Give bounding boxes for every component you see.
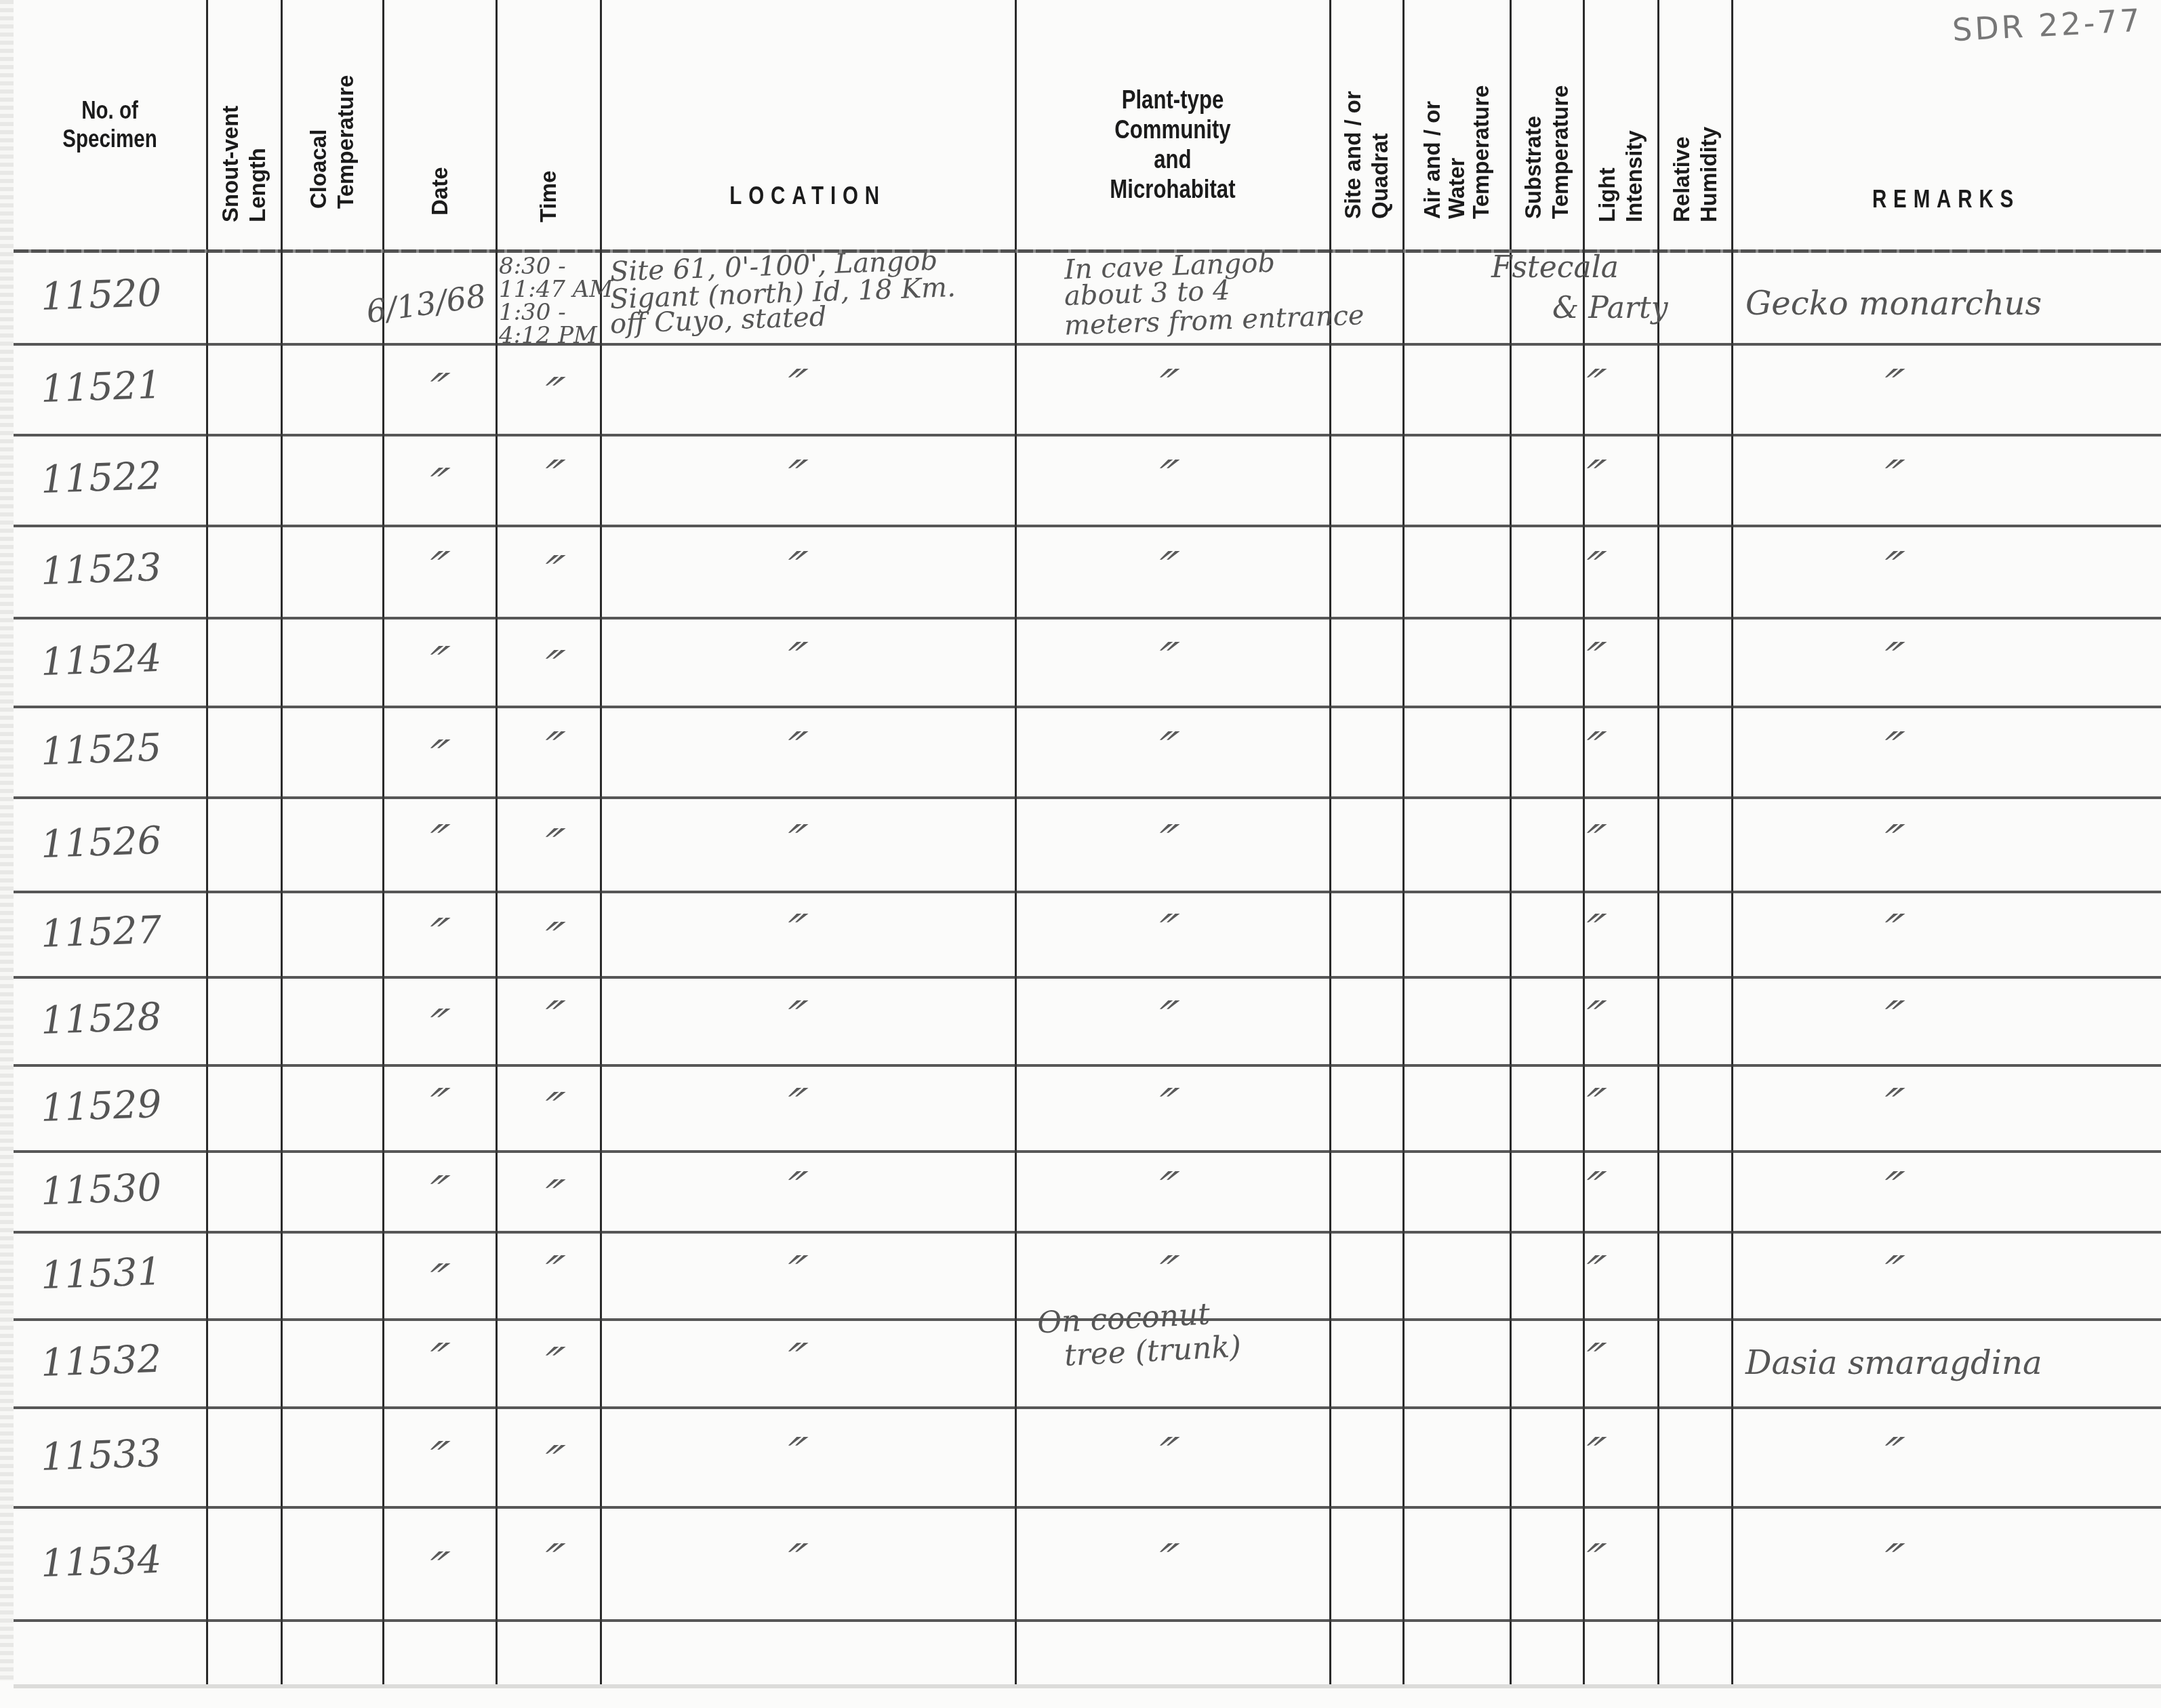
row-divider	[14, 891, 2161, 893]
time-value: 8:30 -	[499, 255, 566, 278]
light-ditto-mark: ″	[1575, 450, 1611, 506]
specimen-number: 11520	[40, 271, 162, 319]
header-date: Date	[383, 0, 496, 249]
header-label: Intensity	[1621, 130, 1648, 222]
header-label: Light	[1594, 130, 1621, 222]
specimen-number: 11521	[40, 363, 162, 411]
header-location: LOCATION	[601, 0, 1015, 249]
microhabitat-ditto-mark: ″	[1148, 815, 1184, 870]
specimen-number: 11529	[40, 1082, 162, 1130]
remarks-ditto-mark: ″	[1873, 1534, 1909, 1589]
date-ditto-mark: ″	[418, 815, 453, 870]
header-label: Water	[1445, 85, 1469, 219]
header-label: Humidity	[1695, 127, 1722, 222]
microhabitat-value: On coconut	[1036, 1301, 1211, 1336]
location-ditto-mark: ″	[776, 904, 812, 960]
header-label: REMARKS	[1872, 185, 2020, 213]
specimen-number: 11523	[40, 546, 162, 594]
specimen-number: 11522	[40, 454, 162, 502]
data-sheet: SDR 22-77 No. of Specimen Snout-vent Len…	[0, 0, 2161, 1708]
header-light-intensity: Light Intensity	[1583, 0, 1658, 249]
light-ditto-mark: ″	[1575, 722, 1611, 777]
location-ditto-mark: ″	[776, 450, 812, 506]
specimen-number: 11533	[40, 1431, 162, 1479]
header-label: Quadrat	[1367, 91, 1394, 219]
header-label: Relative	[1668, 127, 1695, 222]
microhabitat-value: about 3 to 4	[1064, 278, 1230, 310]
header-label: Plant-type	[1110, 85, 1235, 115]
specimen-number: 11527	[40, 908, 162, 956]
header-label: Air and / or	[1420, 85, 1445, 219]
remarks-ditto-mark: ″	[1873, 991, 1909, 1046]
date-ditto-mark: ″	[418, 730, 453, 786]
time-ditto-mark: ″	[533, 367, 569, 423]
light-ditto-mark: ″	[1575, 1078, 1611, 1134]
time-ditto-mark: ″	[533, 1337, 569, 1393]
time-ditto-mark: ″	[533, 1534, 569, 1589]
microhabitat-value: tree (trunk)	[1064, 1334, 1242, 1369]
microhabitat-ditto-mark: ″	[1148, 359, 1184, 415]
row-divider	[14, 1406, 2161, 1409]
remarks-ditto-mark: ″	[1873, 632, 1909, 688]
header-site-quadrat: Site and / or Quadrat	[1330, 0, 1403, 249]
specimen-number: 11532	[40, 1337, 162, 1385]
header-label: Time	[535, 171, 562, 222]
time-value: 11:47 AM	[499, 278, 613, 301]
microhabitat-ditto-mark: ″	[1148, 632, 1184, 688]
date-ditto-mark: ″	[418, 1333, 453, 1389]
row-divider	[14, 1064, 2161, 1067]
location-ditto-mark: ″	[776, 815, 812, 870]
row-divider	[14, 796, 2161, 799]
date-ditto-mark: ″	[418, 1542, 453, 1598]
time-value: 1:30 -	[499, 301, 566, 324]
time-value: 4:12 PM	[499, 324, 597, 347]
date-ditto-mark: ″	[418, 999, 453, 1055]
row-divider	[14, 1506, 2161, 1509]
location-ditto-mark: ″	[776, 991, 812, 1046]
row-divider	[14, 1231, 2161, 1234]
specimen-number: 11530	[40, 1165, 162, 1213]
microhabitat-ditto-mark: ″	[1148, 722, 1184, 777]
date-ditto-mark: ″	[418, 1431, 453, 1487]
row-divider	[14, 343, 2161, 346]
time-ditto-mark: ″	[533, 722, 569, 777]
location-ditto-mark: ″	[776, 1162, 812, 1217]
specimen-number: 11524	[40, 636, 162, 684]
header-cloacal-temperature: Cloacal Temperature	[281, 0, 383, 249]
remarks-ditto-mark: ″	[1873, 1078, 1909, 1134]
time-ditto-mark: ″	[533, 991, 569, 1046]
header-label: Microhabitat	[1110, 175, 1235, 205]
header-relative-humidity: Relative Humidity	[1658, 0, 1732, 249]
light-ditto-mark: ″	[1575, 991, 1611, 1046]
time-ditto-mark: ″	[533, 1082, 569, 1138]
microhabitat-ditto-mark: ″	[1148, 904, 1184, 960]
time-ditto-mark: ″	[533, 546, 569, 601]
header-label: Length	[244, 106, 271, 222]
header-time: Time	[496, 0, 601, 249]
microhabitat-ditto-mark: ″	[1148, 450, 1184, 506]
light-ditto-mark: ″	[1575, 1246, 1611, 1301]
remarks-ditto-mark: ″	[1873, 815, 1909, 870]
date-ditto-mark: ″	[418, 1166, 453, 1221]
header-label: Temperature	[1469, 85, 1493, 219]
header-remarks: REMARKS	[1732, 0, 2161, 249]
time-ditto-mark: ″	[533, 450, 569, 506]
header-label: Date	[426, 167, 453, 216]
header-label: Temperature	[1547, 85, 1574, 219]
header-substrate-temperature: Substrate Temperature	[1510, 0, 1583, 249]
row-divider	[14, 976, 2161, 979]
microhabitat-ditto-mark: ″	[1148, 1246, 1184, 1301]
date-ditto-mark: ″	[418, 908, 453, 964]
time-ditto-mark: ″	[533, 640, 569, 696]
specimen-number: 11534	[40, 1537, 162, 1585]
location-ditto-mark: ″	[776, 722, 812, 777]
location-ditto-mark: ″	[776, 632, 812, 688]
header-snout-vent-length: Snout-vent Length	[207, 0, 281, 249]
row-divider	[14, 249, 2161, 253]
date-ditto-mark: ″	[418, 1254, 453, 1309]
remarks-ditto-mark: ″	[1873, 359, 1909, 415]
time-ditto-mark: ″	[533, 819, 569, 874]
header-label: Substrate	[1520, 85, 1547, 219]
paper-edge	[0, 0, 14, 1681]
location-ditto-mark: ″	[776, 1078, 812, 1134]
remarks-ditto-mark: ″	[1873, 1246, 1909, 1301]
collector-note: & Party	[1552, 296, 1668, 321]
row-divider	[14, 525, 2161, 527]
header-label: Snout-vent	[217, 106, 244, 222]
microhabitat-ditto-mark: ″	[1148, 991, 1184, 1046]
collector-note: Fstecala	[1491, 255, 1619, 281]
header-label: LOCATION	[730, 182, 887, 210]
header-label: Community	[1110, 115, 1235, 145]
location-ditto-mark: ″	[776, 1246, 812, 1301]
header-label: and	[1110, 145, 1235, 175]
microhabitat-ditto-mark: ″	[1148, 1078, 1184, 1134]
header-plant-type: Plant-type Community and Microhabitat	[1015, 0, 1330, 249]
row-divider	[14, 1619, 2161, 1622]
remarks-value: Gecko monarchus	[1745, 291, 2042, 317]
time-ditto-mark: ″	[533, 1436, 569, 1491]
light-ditto-mark: ″	[1575, 1427, 1611, 1483]
date-ditto-mark: ″	[418, 542, 453, 597]
date-ditto-mark: ″	[418, 1078, 453, 1134]
specimen-number: 11525	[40, 726, 162, 774]
row-divider	[14, 1150, 2161, 1153]
remarks-ditto-mark: ″	[1873, 1162, 1909, 1217]
header-label: Site and / or	[1339, 91, 1367, 219]
header-label: Specimen	[63, 125, 157, 153]
header-specimen-no: No. of Specimen	[14, 0, 207, 249]
time-ditto-mark: ″	[533, 1170, 569, 1225]
header-label: Cloacal	[305, 75, 332, 209]
remarks-ditto-mark: ″	[1873, 450, 1909, 506]
light-ditto-mark: ″	[1575, 1162, 1611, 1217]
header-label: Temperature	[332, 75, 359, 209]
date-ditto-mark: ″	[418, 636, 453, 692]
remarks-ditto-mark: ″	[1873, 1427, 1909, 1483]
location-value: off Cuyo, stated	[609, 304, 827, 337]
location-ditto-mark: ″	[776, 1534, 812, 1589]
microhabitat-ditto-mark: ″	[1148, 542, 1184, 597]
light-ditto-mark: ″	[1575, 1534, 1611, 1589]
remarks-ditto-mark: ″	[1873, 904, 1909, 960]
remarks-ditto-mark: ″	[1873, 542, 1909, 597]
specimen-number: 11531	[40, 1249, 162, 1297]
specimen-number: 11526	[40, 818, 162, 866]
header-air-water-temperature: Air and / or Water Temperature	[1403, 0, 1510, 249]
date-ditto-mark: ″	[418, 363, 453, 419]
location-ditto-mark: ″	[776, 1333, 812, 1389]
row-divider	[14, 617, 2161, 619]
light-ditto-mark: ″	[1575, 904, 1611, 960]
microhabitat-ditto-mark: ″	[1148, 1427, 1184, 1483]
light-ditto-mark: ″	[1575, 359, 1611, 415]
sheet-bottom-edge	[14, 1684, 2161, 1688]
light-ditto-mark: ″	[1575, 1333, 1611, 1389]
date-ditto-mark: ″	[418, 458, 453, 514]
header-label: No. of	[63, 96, 157, 125]
row-divider	[14, 706, 2161, 708]
light-ditto-mark: ″	[1575, 632, 1611, 688]
specimen-number: 11528	[40, 995, 162, 1043]
microhabitat-ditto-mark: ″	[1148, 1162, 1184, 1217]
location-ditto-mark: ″	[776, 1427, 812, 1483]
row-divider	[14, 434, 2161, 436]
location-ditto-mark: ″	[776, 359, 812, 415]
time-ditto-mark: ″	[533, 912, 569, 968]
microhabitat-ditto-mark: ″	[1148, 1534, 1184, 1589]
location-ditto-mark: ″	[776, 542, 812, 597]
light-ditto-mark: ″	[1575, 542, 1611, 597]
light-ditto-mark: ″	[1575, 815, 1611, 870]
time-ditto-mark: ″	[533, 1246, 569, 1301]
remarks-ditto-mark: ″	[1873, 722, 1909, 777]
remarks-value: Dasia smaragdina	[1745, 1350, 2042, 1376]
